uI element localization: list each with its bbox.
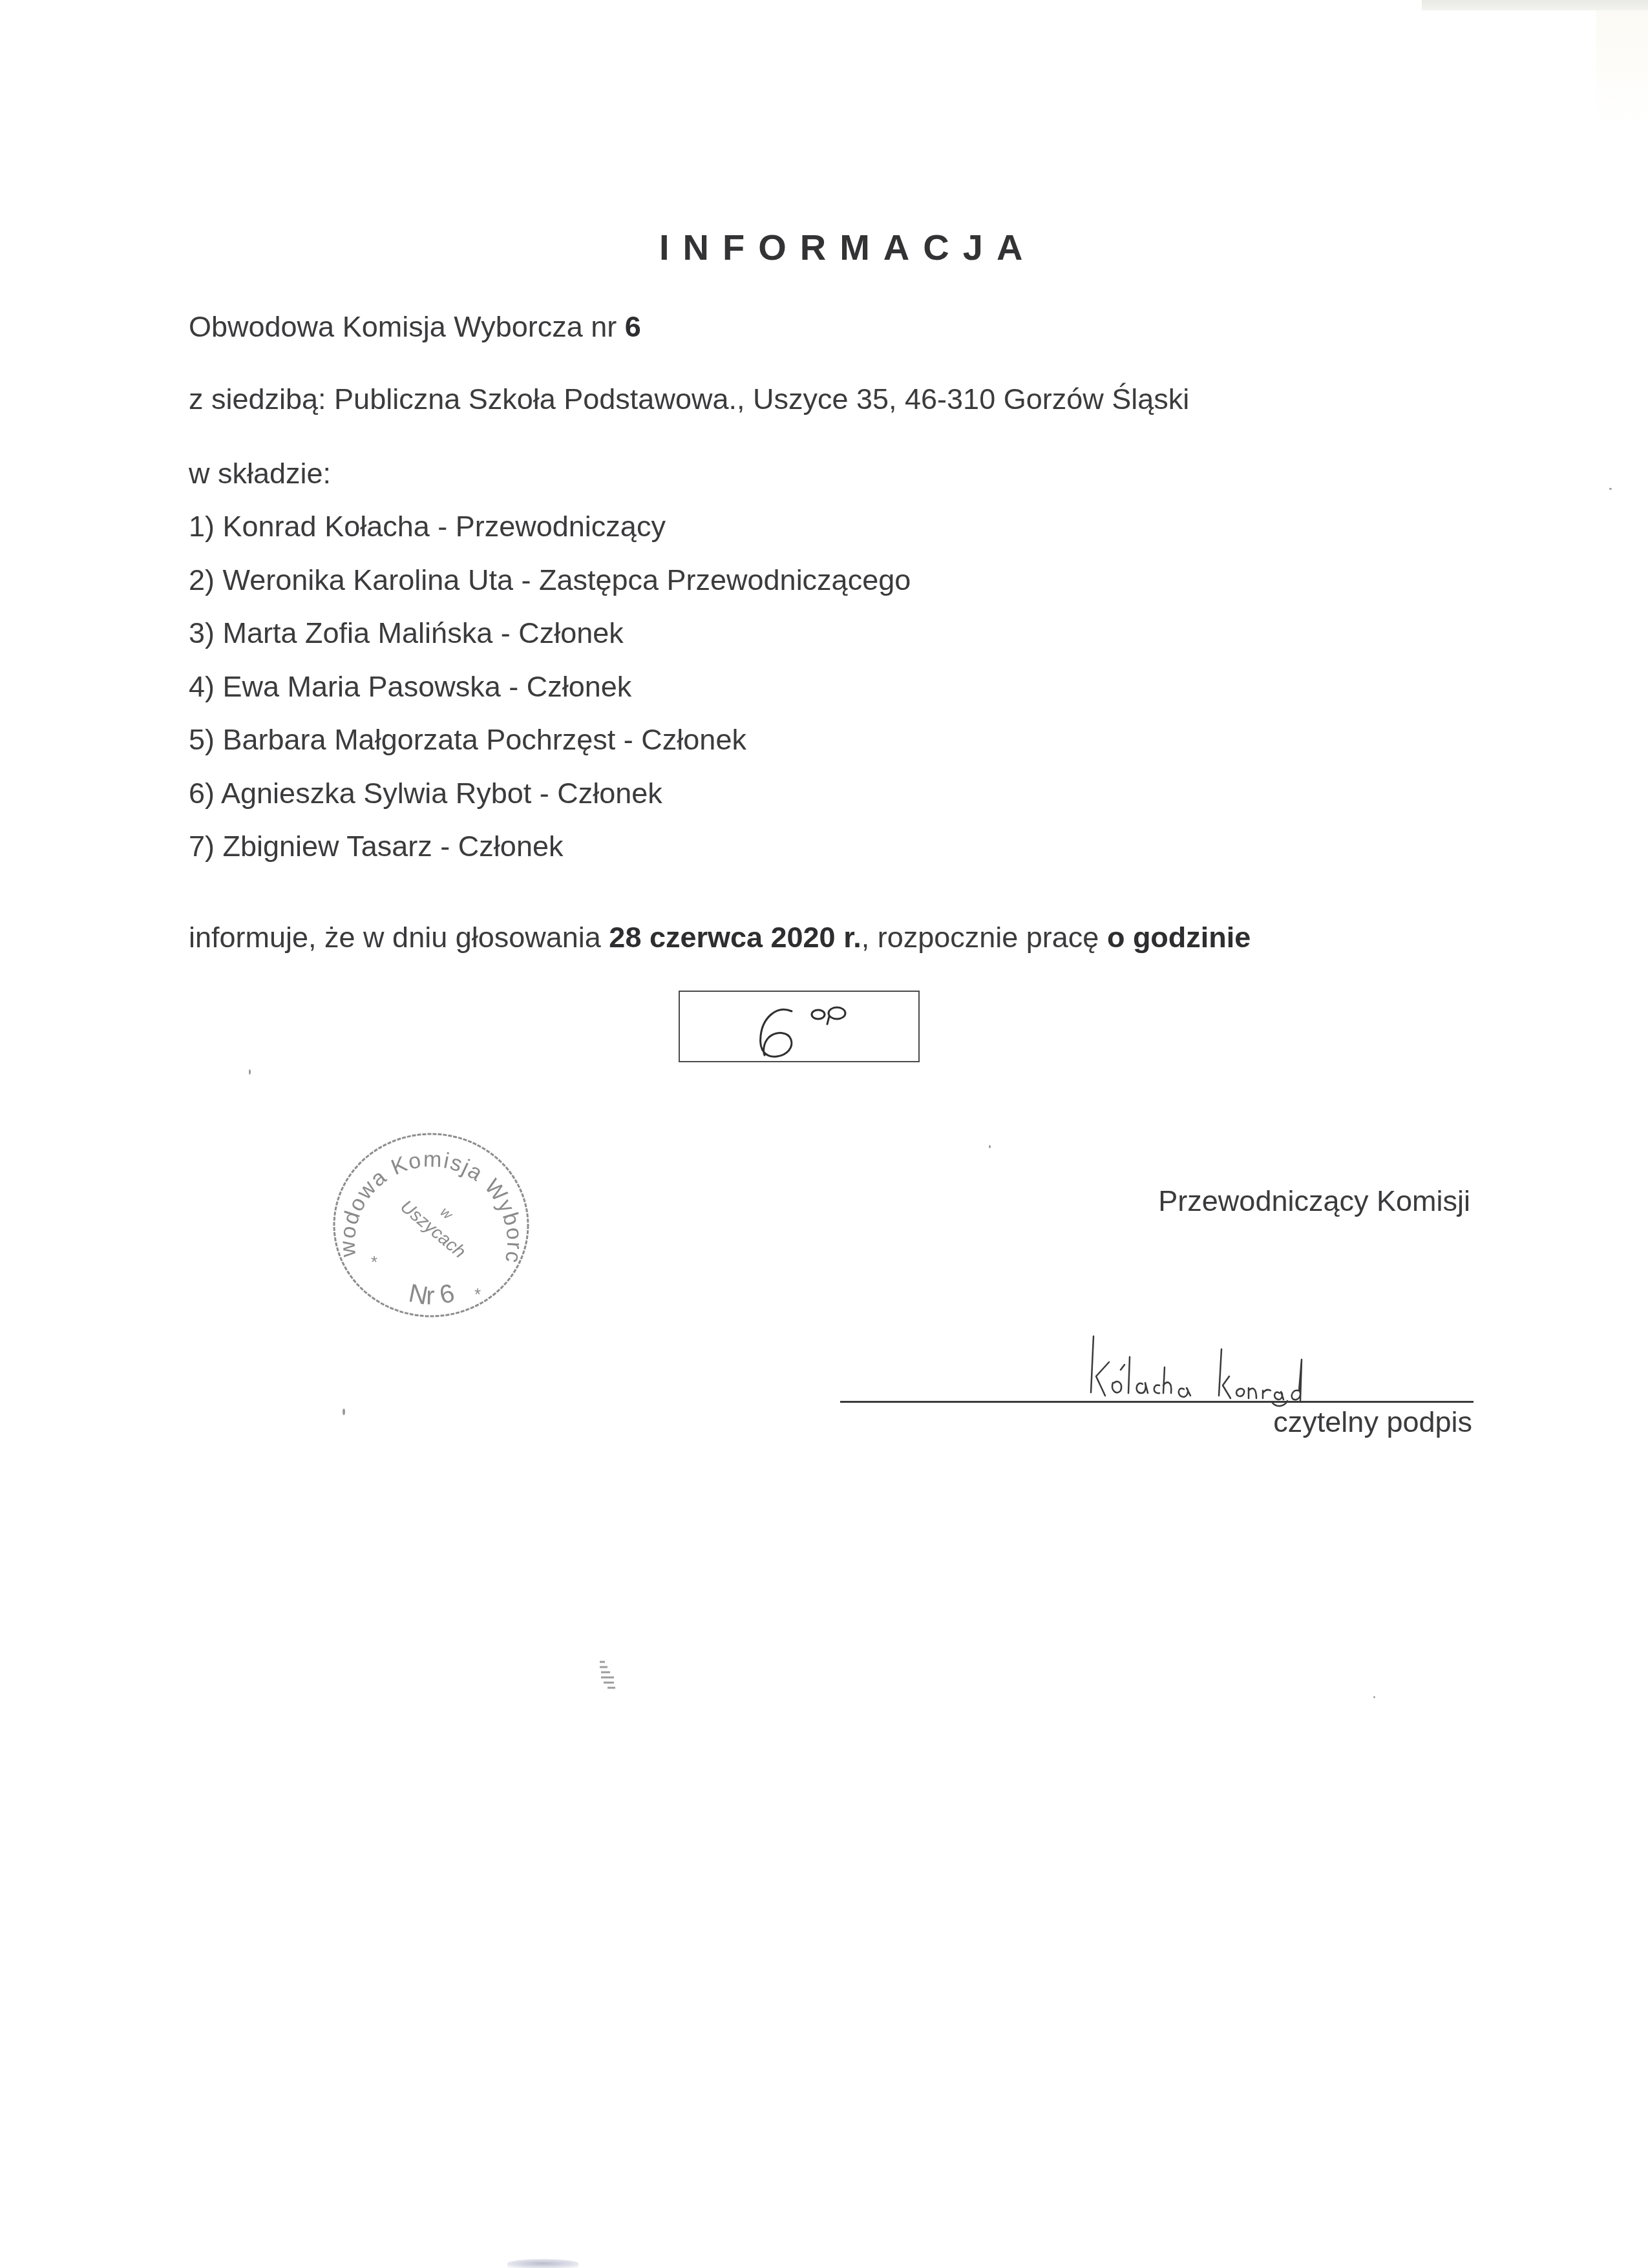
commission-number: 6 bbox=[625, 310, 641, 343]
handwritten-start-time: 6 bbox=[680, 992, 921, 1064]
member-row: 2) Weronika Karolina Uta - Zastępca Prze… bbox=[189, 565, 911, 594]
start-time-box: 6 bbox=[679, 991, 920, 1062]
stamp-center-text: w bbox=[438, 1204, 457, 1224]
composition-label: w składzie: bbox=[189, 459, 331, 488]
member-name: Weronika Karolina Uta bbox=[223, 563, 513, 596]
member-name: Barbara Małgorzata Pochrzęst bbox=[223, 723, 616, 756]
member-name: Agnieszka Sylwia Rybot bbox=[221, 777, 531, 810]
scan-edge-artifact bbox=[1422, 0, 1648, 10]
member-number: 3) bbox=[189, 616, 215, 649]
member-row: 6) Agnieszka Sylwia Rybot - Członek bbox=[189, 779, 662, 808]
member-number: 6) bbox=[189, 777, 215, 810]
member-name: Konrad Kołacha bbox=[223, 510, 430, 543]
member-number: 1) bbox=[189, 510, 215, 543]
chair-label: Przewodniczący Komisji bbox=[1158, 1186, 1470, 1215]
stamp-center-text: Uszycach bbox=[397, 1196, 470, 1262]
info-text: informuje, że w dniu głosowania bbox=[189, 921, 609, 954]
signature-caption: czytelny podpis bbox=[1273, 1407, 1472, 1436]
member-separator: - bbox=[432, 830, 458, 863]
member-separator: - bbox=[501, 670, 527, 703]
scan-speck bbox=[1609, 488, 1612, 490]
member-row: 7) Zbigniew Tasarz - Członek bbox=[189, 832, 563, 861]
member-role: Członek bbox=[527, 670, 632, 703]
stamp-bottom-text: Nr 6 bbox=[407, 1279, 458, 1310]
member-row: 5) Barbara Małgorzata Pochrzęst - Człone… bbox=[189, 725, 746, 754]
signature-line bbox=[840, 1401, 1474, 1403]
member-number: 5) bbox=[189, 723, 215, 756]
member-role: Członek bbox=[641, 723, 746, 756]
scan-speck bbox=[249, 1069, 251, 1075]
scan-smudge bbox=[507, 2259, 578, 2268]
member-row: 4) Ewa Maria Pasowska - Członek bbox=[189, 672, 631, 701]
commission-prefix: Obwodowa Komisja Wyborcza nr bbox=[189, 310, 625, 343]
member-number: 2) bbox=[189, 563, 215, 596]
scan-speck bbox=[1373, 1696, 1375, 1698]
stamp-outer-text: Obwodowa Komisja Wyborcza bbox=[331, 1131, 527, 1266]
member-name: Ewa Maria Pasowska bbox=[223, 670, 501, 703]
member-separator: - bbox=[492, 616, 518, 649]
member-name: Marta Zofia Malińska bbox=[223, 616, 493, 649]
member-role: Przewodniczący bbox=[456, 510, 666, 543]
commission-seat: z siedzibą: Publiczna Szkoła Podstawowa.… bbox=[189, 384, 1189, 414]
info-sentence: informuje, że w dniu głosowania 28 czerw… bbox=[189, 923, 1251, 952]
scan-artifact-mark bbox=[582, 1654, 620, 1699]
member-role: Zastępca Przewodniczącego bbox=[539, 563, 911, 596]
member-role: Członek bbox=[458, 830, 564, 863]
member-number: 7) bbox=[189, 830, 215, 863]
stamp-star-icon: * bbox=[474, 1285, 481, 1304]
member-separator: - bbox=[513, 563, 539, 596]
election-date: 28 czerwca 2020 r. bbox=[609, 921, 861, 954]
stamp-star-icon: * bbox=[371, 1252, 377, 1272]
member-role: Członek bbox=[518, 616, 624, 649]
svg-text:Obwodowa Komisja Wyborcza: Obwodowa Komisja Wyborcza bbox=[331, 1131, 527, 1266]
scan-speck bbox=[989, 1145, 991, 1148]
time-label: o godzinie bbox=[1107, 921, 1251, 954]
commission-stamp: Obwodowa Komisja Wyborcza Nr 6 * * w Usz… bbox=[331, 1131, 531, 1319]
member-row: 3) Marta Zofia Malińska - Członek bbox=[189, 618, 624, 647]
member-separator: - bbox=[531, 777, 557, 810]
commission-name: Obwodowa Komisja Wyborcza nr 6 bbox=[189, 312, 641, 341]
member-row: 1) Konrad Kołacha - Przewodniczący bbox=[189, 512, 666, 541]
svg-text:Nr 6: Nr 6 bbox=[407, 1279, 458, 1310]
member-role: Członek bbox=[557, 777, 662, 810]
document-title: INFORMACJA bbox=[659, 229, 1036, 266]
member-name: Zbigniew Tasarz bbox=[223, 830, 432, 863]
scan-edge-artifact bbox=[1596, 10, 1648, 127]
member-separator: - bbox=[615, 723, 641, 756]
scan-speck bbox=[343, 1409, 345, 1415]
member-separator: - bbox=[430, 510, 456, 543]
info-text: , rozpocznie pracę bbox=[861, 921, 1107, 954]
member-number: 4) bbox=[189, 670, 215, 703]
scanned-document-page: INFORMACJA Obwodowa Komisja Wyborcza nr … bbox=[0, 0, 1648, 2268]
